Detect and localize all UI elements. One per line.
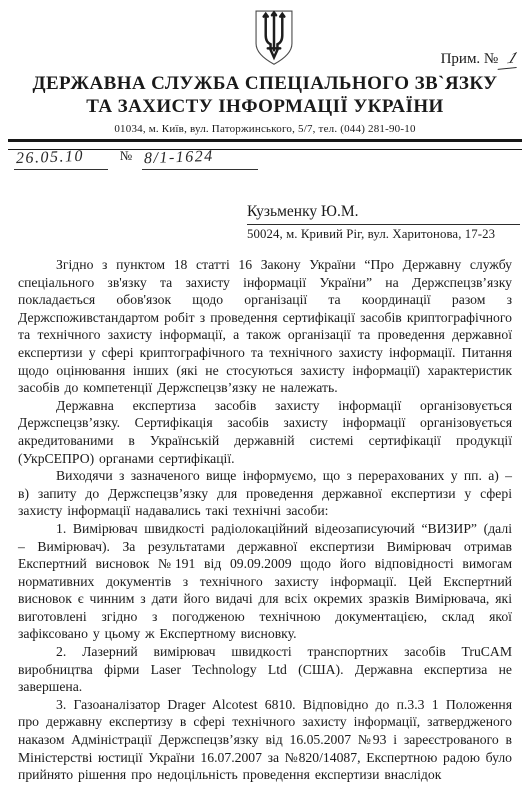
body-paragraph: Згідно з пунктом 18 статті 16 Закону Укр…	[18, 256, 512, 397]
agency-title: ДЕРЖАВНА СЛУЖБА СПЕЦІАЛЬНОГО ЗВ`ЯЗКУ ТА …	[0, 72, 530, 118]
letter-body: Згідно з пунктом 18 статті 16 Закону Укр…	[18, 256, 512, 784]
body-paragraph: Виходячи з зазначеного вище інформуємо, …	[18, 467, 512, 520]
body-paragraph: 1. Вимірювач швидкості радіолокаційний в…	[18, 520, 512, 643]
scanned-letter-page: Прим. № 1 ДЕРЖАВНА СЛУЖБА СПЕЦІАЛЬНОГО З…	[0, 0, 530, 796]
reference-line: 26.05.10 № 8/1-1624	[14, 148, 258, 170]
agency-title-line1: ДЕРЖАВНА СЛУЖБА СПЕЦІАЛЬНОГО ЗВ`ЯЗКУ	[0, 72, 530, 95]
copy-label: Прим. №	[441, 51, 499, 67]
ref-number-handwritten: 8/1-1624	[144, 148, 214, 168]
agency-address: 01034, м. Київ, вул. Паторжинського, 5/7…	[0, 123, 530, 135]
copy-number-line: Прим. № 1	[441, 50, 520, 69]
body-paragraph: Державна експертиза засобів захисту інфо…	[18, 397, 512, 467]
copy-number-handwritten: 1	[498, 49, 525, 70]
recipient-block: Кузьменку Ю.М. 50024, м. Кривий Ріг, вул…	[247, 203, 520, 242]
agency-title-line2: ТА ЗАХИСТУ ІНФОРМАЦІЇ УКРАЇНИ	[0, 95, 530, 118]
ref-number-sign: №	[120, 148, 132, 164]
body-paragraph: 2. Лазерний вимірювач швидкості транспор…	[18, 643, 512, 696]
ref-date-handwritten: 26.05.10	[16, 148, 85, 168]
ukraine-trident-icon	[251, 9, 297, 67]
recipient-name: Кузьменку Ю.М.	[247, 203, 520, 225]
body-paragraph: 3. Газоаналізатор Drager Alcotest 6810. …	[18, 696, 512, 784]
recipient-address: 50024, м. Кривий Ріг, вул. Харитонова, 1…	[247, 225, 520, 242]
